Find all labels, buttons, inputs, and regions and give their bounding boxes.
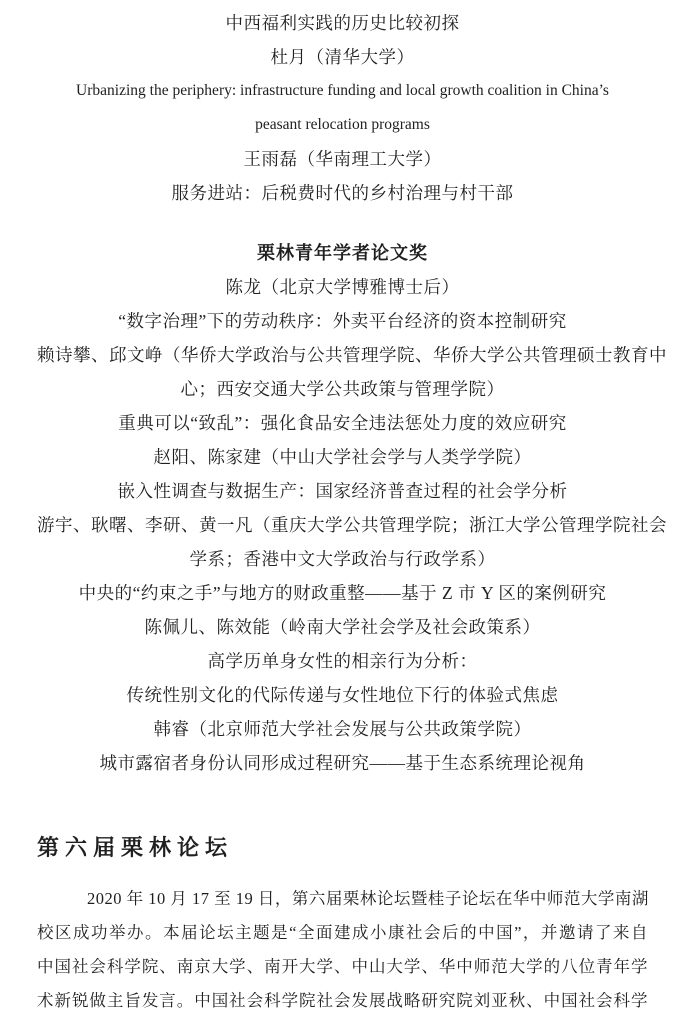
award-section: 栗林青年学者论文奖 陈龙（北京大学博雅博士后） “数字治理”下的劳动秩序：外卖平… [37, 236, 648, 780]
paper-title-line: 重典可以“致乱”：强化食品安全违法惩处力度的效应研究 [37, 406, 648, 440]
paper-title-line: “数字治理”下的劳动秩序：外卖平台经济的资本控制研究 [37, 304, 648, 338]
paper-title-line-continued: 传统性别文化的代际传递与女性地位下行的体验式焦虑 [37, 678, 648, 712]
award-section-heading: 栗林青年学者论文奖 [37, 236, 648, 270]
english-paper-title-line: Urbanizing the periphery: infrastructure… [37, 74, 648, 108]
paper-title-line: 城市露宿者身份认同形成过程研究——基于生态系统理论视角 [37, 746, 648, 780]
top-award-entries: 中西福利实践的历史比较初探 杜月（清华大学） Urbanizing the pe… [37, 6, 648, 210]
forum-section: 第六届栗林论坛 2020 年 10 月 17 至 19 日，第六届栗林论坛暨桂子… [37, 830, 648, 1018]
author-affiliation-line: 赵阳、陈家建（中山大学社会学与人类学学院） [37, 440, 648, 474]
author-affiliation-line: 陈佩儿、陈效能（岭南大学社会学及社会政策系） [37, 610, 648, 644]
paragraph-line: 校区成功举办。本届论坛主题是“全面建成小康社会后的中国”，并邀请了来自 [37, 916, 648, 950]
paragraph-line: 术新锐做主旨发言。中国社会科学院社会发展战略研究院刘亚秋、中国社会科学 [37, 984, 648, 1018]
paper-title-line: 高学历单身女性的相亲行为分析： [37, 644, 648, 678]
paper-title-line: 中央的“约束之手”与地方的财政重整——基于 Z 市 Y 区的案例研究 [37, 576, 648, 610]
paper-title-line: 中西福利实践的历史比较初探 [37, 6, 648, 40]
author-affiliation-line: 杜月（清华大学） [37, 40, 648, 74]
document-page: 中西福利实践的历史比较初探 杜月（清华大学） Urbanizing the pe… [0, 0, 685, 1024]
paragraph-line: 中国社会科学院、南京大学、南开大学、中山大学、华中师范大学的八位青年学 [37, 950, 648, 984]
english-paper-title-line-continued: peasant relocation programs [37, 108, 648, 142]
paper-title-line: 服务进站：后税费时代的乡村治理与村干部 [37, 176, 648, 210]
author-affiliation-line-continued: 学系；香港中文大学政治与行政学系） [37, 542, 648, 576]
paper-title-line: 嵌入性调查与数据生产：国家经济普查过程的社会学分析 [37, 474, 648, 508]
author-affiliation-line: 赖诗攀、邱文峥（华侨大学政治与公共管理学院、华侨大学公共管理硕士教育中 [37, 338, 648, 372]
author-affiliation-line: 陈龙（北京大学博雅博士后） [37, 270, 648, 304]
paragraph-line: 2020 年 10 月 17 至 19 日，第六届栗林论坛暨桂子论坛在华中师范大… [37, 882, 648, 916]
author-affiliation-line: 韩睿（北京师范大学社会发展与公共政策学院） [37, 712, 648, 746]
forum-paragraph: 2020 年 10 月 17 至 19 日，第六届栗林论坛暨桂子论坛在华中师范大… [37, 882, 648, 1018]
forum-section-heading: 第六届栗林论坛 [37, 830, 648, 866]
author-affiliation-line: 王雨磊（华南理工大学） [37, 142, 648, 176]
page-content: 中西福利实践的历史比较初探 杜月（清华大学） Urbanizing the pe… [0, 0, 685, 1018]
author-affiliation-line-continued: 心；西安交通大学公共政策与管理学院） [37, 372, 648, 406]
author-affiliation-line: 游宇、耿曙、李研、黄一凡（重庆大学公共管理学院；浙江大学公管理学院社会 [37, 508, 648, 542]
